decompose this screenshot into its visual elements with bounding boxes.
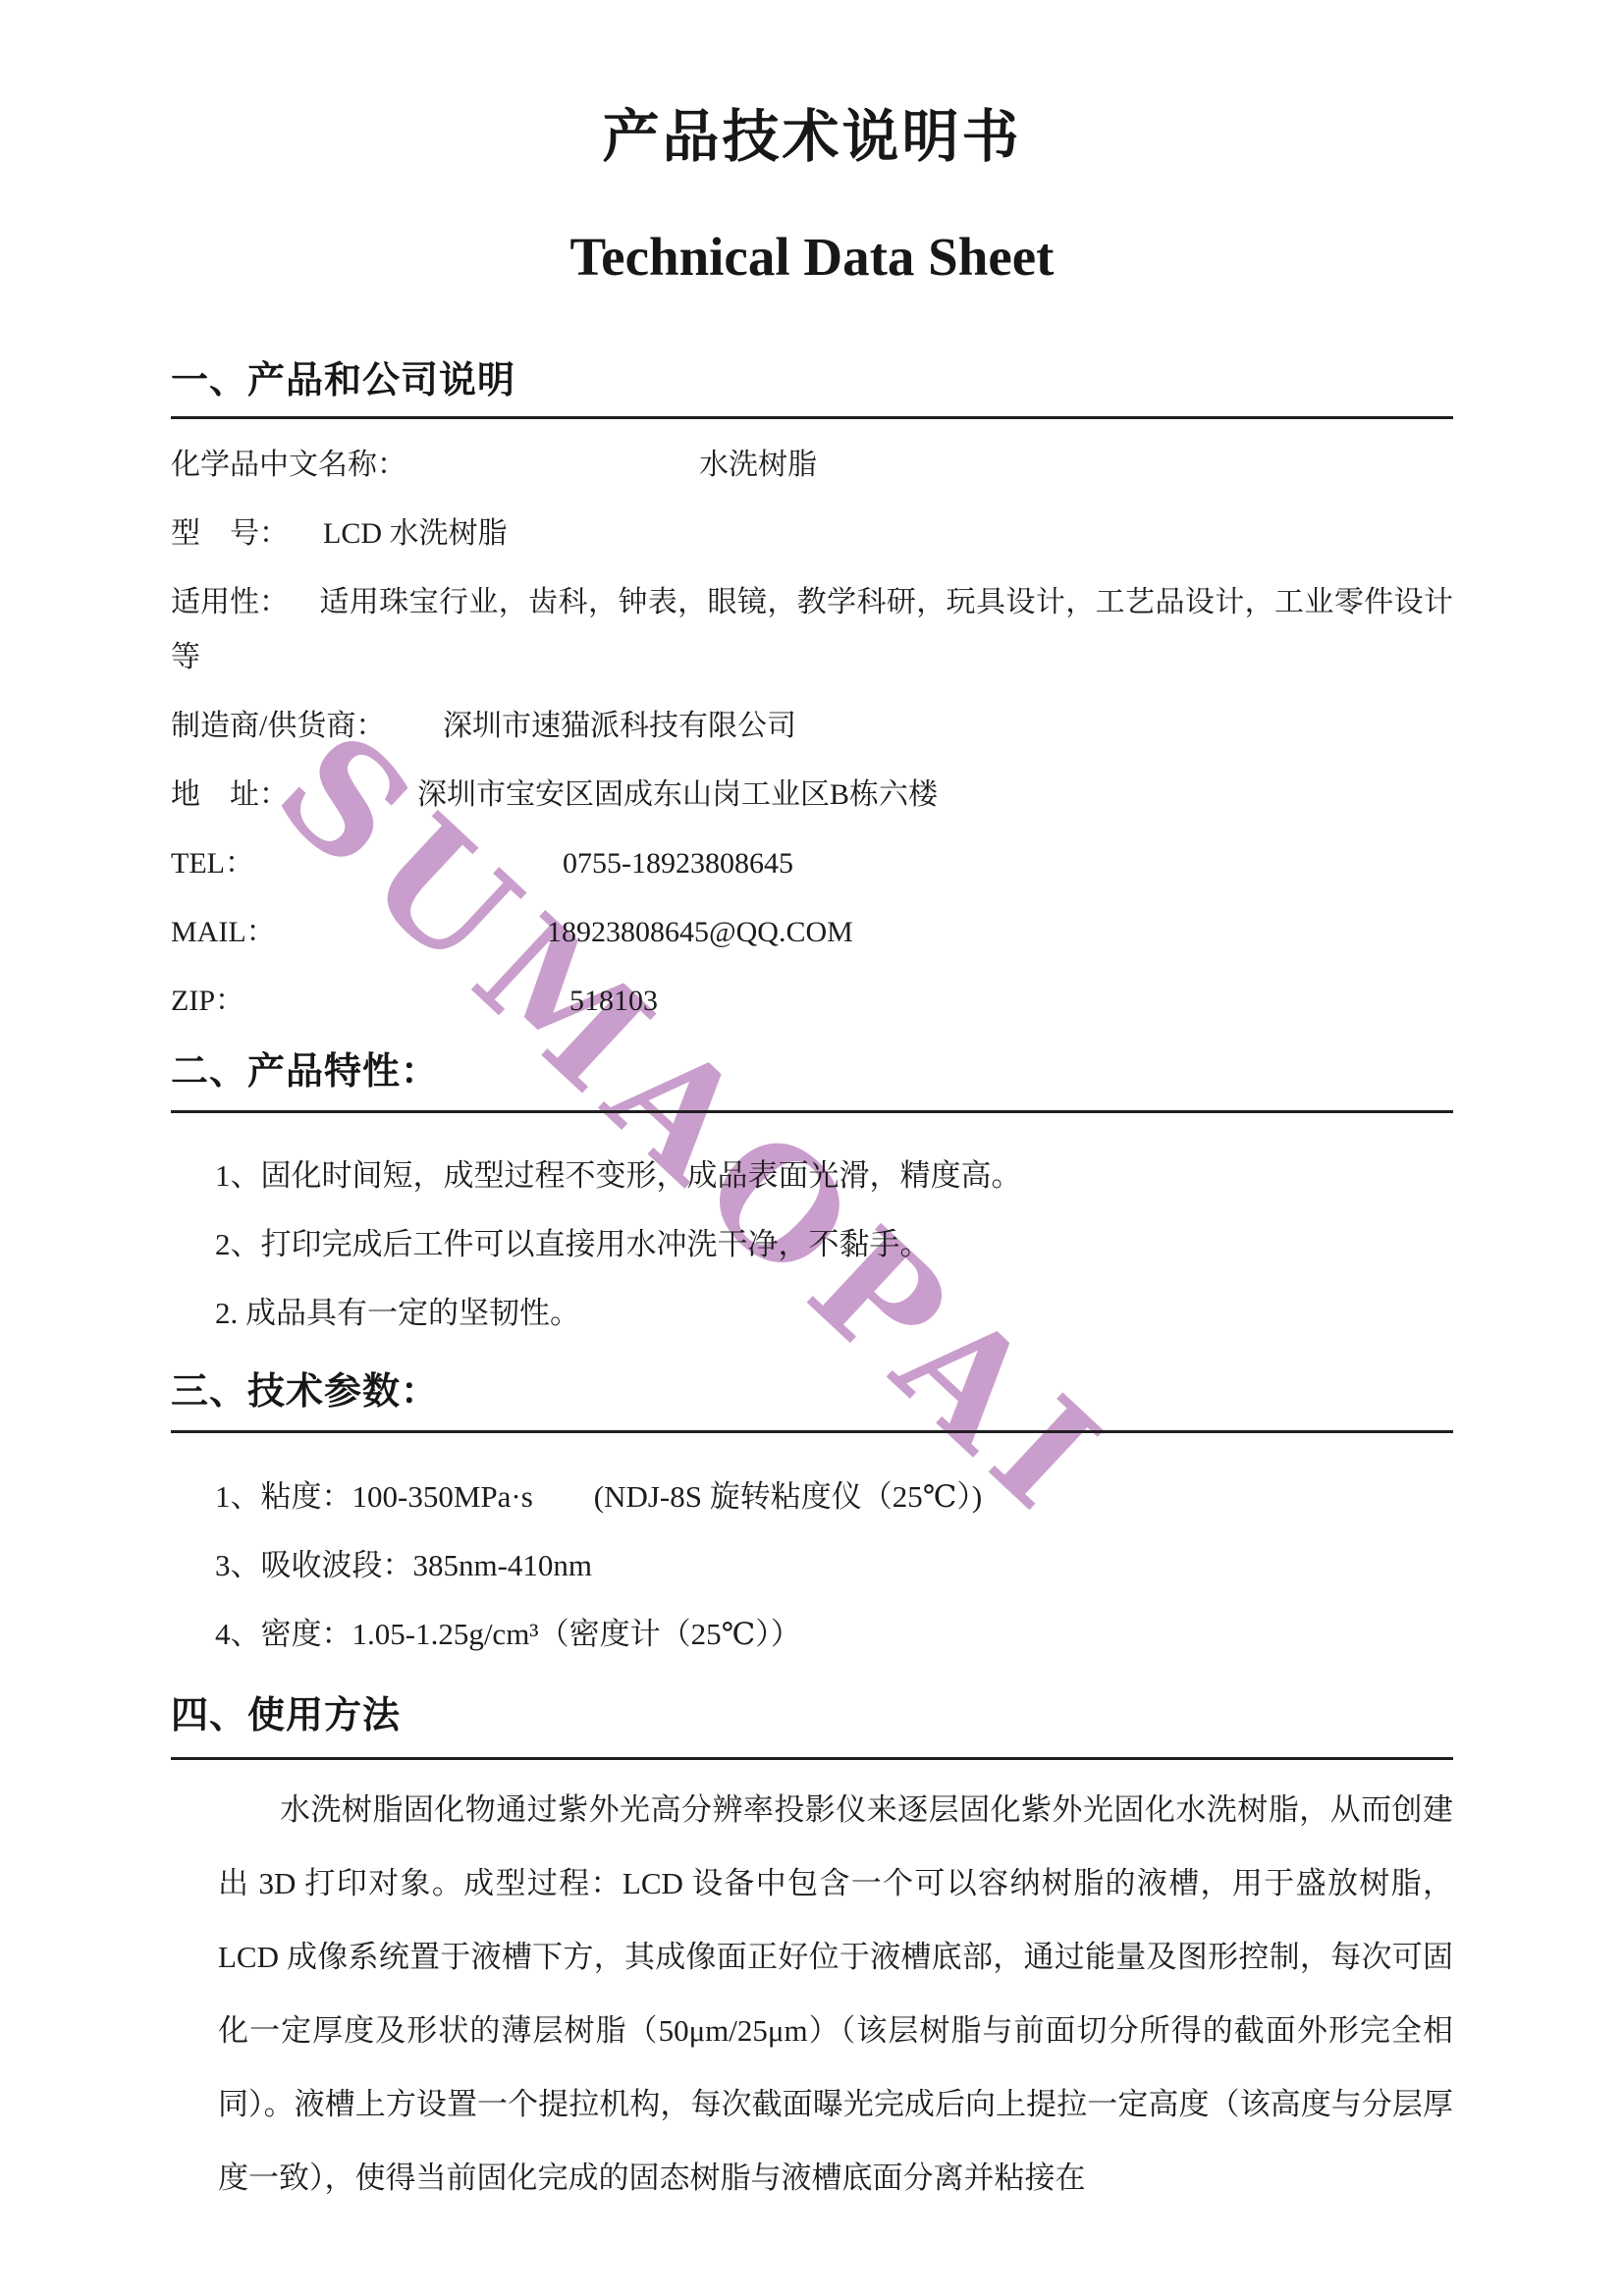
tech-param-item: 1、粘度：100-350MPa·s (NDJ-8S 旋转粘度仪（25℃）) <box>171 1463 1453 1531</box>
field-row-manufacturer: 制造商/供货商：深圳市速猫派科技有限公司 <box>171 699 1453 754</box>
field-label: ZIP： <box>171 974 569 1029</box>
field-label: 化学品中文名称： <box>171 438 699 493</box>
section-2-divider <box>171 1110 1453 1113</box>
field-row-tel: TEL：0755-18923808645 <box>171 836 1453 891</box>
field-row-zip: ZIP：518103 <box>171 974 1453 1029</box>
field-row-applicability: 适用性：适用珠宝行业，齿科，钟表，眼镜，教学科研，玩具设计，工艺品设计，工业零件… <box>171 575 1453 685</box>
field-label: MAIL： <box>171 905 547 960</box>
field-value: 0755-18923808645 <box>563 847 793 880</box>
section-3-heading: 三、技术参数： <box>171 1361 439 1415</box>
field-label: 适用性： <box>171 575 319 630</box>
field-value: 18923808645@QQ.COM <box>547 916 853 948</box>
field-value: 518103 <box>569 985 658 1017</box>
field-label: 制造商/供货商： <box>171 699 443 754</box>
tech-param-item: 3、吸收波段：385nm-410nm <box>171 1531 1453 1600</box>
field-value: 水洗树脂 <box>699 449 817 481</box>
section-1-divider <box>171 416 1453 419</box>
section-4-divider <box>171 1757 1453 1760</box>
page-title-chinese: 产品技术说明书 <box>0 90 1624 173</box>
field-row-address: 地 址：深圳市宝安区固成东山岗工业区B栋六楼 <box>171 768 1453 823</box>
product-feature-item: 2、打印完成后工件可以直接用水冲洗干净，不黏手。 <box>171 1210 1453 1279</box>
field-row-chemical-name: 化学品中文名称：水洗树脂 <box>171 438 1453 493</box>
field-value: 适用珠宝行业，齿科，钟表，眼镜，教学科研，玩具设计，工艺品设计，工业零件设计等 <box>171 586 1453 673</box>
usage-paragraph: 水洗树脂固化物通过紫外光高分辨率投影仪来逐层固化紫外光固化水洗树脂，从而创建出 … <box>218 1773 1453 2215</box>
product-feature-item: 2. 成品具有一定的坚韧性。 <box>171 1279 1453 1348</box>
section-2-heading: 二、产品特性： <box>171 1041 439 1095</box>
product-feature-item: 1、固化时间短，成型过程不变形，成品表面光滑，精度高。 <box>171 1142 1453 1210</box>
field-row-mail: MAIL：18923808645@QQ.COM <box>171 905 1453 960</box>
page-title-english: Technical Data Sheet <box>0 226 1624 288</box>
section-3-divider <box>171 1430 1453 1433</box>
tech-param-list: 1、粘度：100-350MPa·s (NDJ-8S 旋转粘度仪（25℃）) 3、… <box>171 1463 1453 1669</box>
section-1-heading: 一、产品和公司说明 <box>171 349 515 403</box>
company-product-fields: 化学品中文名称：水洗树脂 型 号：LCD 水洗树脂 适用性：适用珠宝行业，齿科，… <box>171 438 1453 1042</box>
field-label: 地 址： <box>171 768 417 823</box>
tech-param-item: 4、密度：1.05-1.25g/cm³（密度计（25℃）） <box>171 1600 1453 1669</box>
field-label: TEL： <box>171 836 563 891</box>
field-value: 深圳市速猫派科技有限公司 <box>443 710 796 742</box>
field-value: LCD 水洗树脂 <box>323 517 508 550</box>
field-value: 深圳市宝安区固成东山岗工业区B栋六楼 <box>417 778 938 811</box>
product-feature-list: 1、固化时间短，成型过程不变形，成品表面光滑，精度高。 2、打印完成后工件可以直… <box>171 1142 1453 1348</box>
field-row-model: 型 号：LCD 水洗树脂 <box>171 507 1453 561</box>
section-4-heading: 四、使用方法 <box>171 1684 401 1738</box>
field-label: 型 号： <box>171 507 323 561</box>
